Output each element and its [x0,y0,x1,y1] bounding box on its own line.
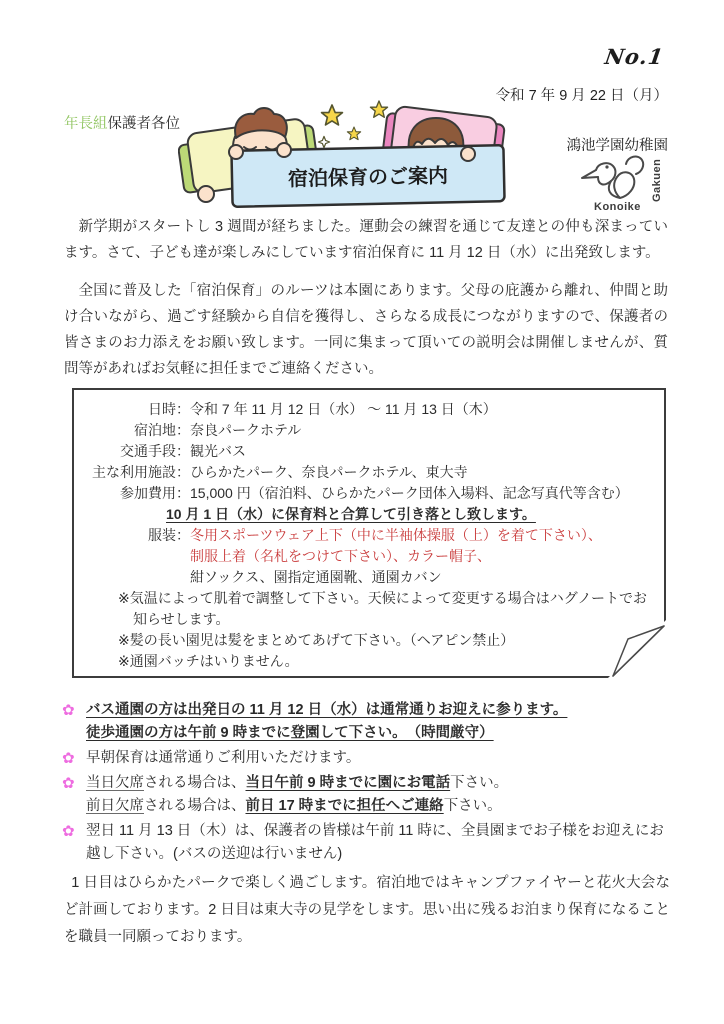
bullet-line: 前日欠席される場合は、前日 17 時までに担任へご連絡下さい。 [86,795,508,818]
bullet-text: 早朝保育は通常通りご利用いただけます。 [86,747,360,770]
clothing-red-line-2: 制服上着（名札をつけて下さい）、カラー帽子、 [190,546,650,567]
detail-row-clothing: 服装： 冬用スポーツウェア上下（中に半袖体操服（上）を着て下さい）、 [84,525,650,546]
page-number: No.1 [603,44,665,69]
bullet-line: 当日欠席される場合は、当日午前 9 時までに園にお電話下さい。 [86,772,508,795]
intro-paragraph-2: 全国に普及した「宿泊保育」のルーツは本園にあります。父母の庇護から離れ、仲間と助… [64,278,668,382]
detail-value: ひらかたパーク、奈良パークホテル、東大寺 [190,462,650,483]
detail-label: 服装： [84,525,190,546]
closing-section: 1 日目はひらかたパークで楽しく過ごします。宿泊地ではキャンプファイヤーと花火大… [64,870,670,951]
flower-bullet-icon: ✿ [62,772,86,818]
bullet-text: バス通園の方は出発日の 11 月 12 日（水）は通常通りお迎えに参ります。 徒… [86,699,567,745]
bullet-list: ✿ バス通園の方は出発日の 11 月 12 日（水）は通常通りお迎えに参ります。… [62,699,672,868]
absence-same-day-action: 当日午前 9 時までに園にお電話 [246,775,451,791]
detail-row-facilities: 主な利用施設： ひらかたパーク、奈良パークホテル、東大寺 [84,462,650,483]
school-logo: Konoike Gakuen [576,152,668,214]
flower-bullet-icon: ✿ [62,747,86,770]
bullet-segment: 下さい。 [450,775,508,791]
box-note: ※髪の長い園児は髪をまとめてあげて下さい。（ヘアピン禁止） [118,630,658,651]
bullet-text: 翌日 11 月 13 日（木）は、保護者の皆様は午前 11 時に、全員園までお子… [86,820,672,866]
box-note: ※通園バッチはいりません。 [118,651,658,672]
detail-label: 交通手段： [84,441,190,462]
detail-row-fee: 参加費用： 15,000 円（宿泊料、ひらかたパーク団体入場料、記念写真代等含む… [84,483,650,504]
bullet-segment: される場合は、 [144,798,246,814]
payment-note: 10 月 1 日（水）に保育料と合算して引き落とし致します。 [166,504,650,525]
bullet-line: 徒歩通園の方は午前 9 時までに登園して下さい。 （時間厳守） [86,722,567,745]
flower-bullet-icon: ✿ [62,699,86,745]
detail-row-transport: 交通手段： 観光バス [84,441,650,462]
detail-value: 令和 7 年 11 月 12 日（水） ～ 11 月 13 日（木） [190,399,650,420]
bullet-item-pickup: ✿ バス通園の方は出発日の 11 月 12 日（水）は通常通りお迎えに参ります。… [62,699,672,745]
detail-row-datetime: 日時： 令和 7 年 11 月 12 日（水） ～ 11 月 13 日（木） [84,399,650,420]
detail-label: 主な利用施設： [84,462,190,483]
clothing-red-line-1: 冬用スポーツウェア上下（中に半袖体操服（上）を着て下さい）、 [190,525,650,546]
intro-paragraph-1: 新学期がスタートし 3 週間が経ちました。運動会の練習を通じて友達との仲も深まっ… [64,214,668,266]
sleeping-children-illustration: 宿泊保育のご案内 [178,90,508,218]
issue-date: 令和 7 年 9 月 22 日（月） [496,84,668,105]
details-box: 日時： 令和 7 年 11 月 12 日（水） ～ 11 月 13 日（木） 宿… [72,388,666,678]
banner-title: 宿泊保育のご案内 [288,163,448,190]
bullet-line: バス通園の方は出発日の 11 月 12 日（水）は通常通りお迎えに参ります。 [86,699,567,722]
clothing-plain-line: 紺ソックス、園指定通園靴、通園カバン [190,567,650,588]
detail-label: 日時： [84,399,190,420]
bullet-item-absence: ✿ 当日欠席される場合は、当日午前 9 時までに園にお電話下さい。 前日欠席され… [62,772,672,818]
addressee-title: 保護者各位 [108,116,181,132]
closing-paragraph: 1 日目はひらかたパークで楽しく過ごします。宿泊地ではキャンプファイヤーと花火大… [64,870,670,951]
detail-label: 参加費用： [84,483,190,504]
absence-same-day: 当日欠席 [86,775,144,791]
logo-text-vertical: Gakuen [651,159,663,202]
sleeping-children-svg: 宿泊保育のご案内 [178,90,508,218]
flower-bullet-icon: ✿ [62,820,86,866]
addressee-class-name: 年長組 [64,116,108,132]
bullet-segment: される場合は、 [144,775,246,791]
addressee-line: 年長組保護者各位 [64,112,180,133]
swan-eye [605,165,608,168]
swan-logo-icon: Konoike Gakuen [576,152,668,214]
absence-prev-day-action: 前日 17 時までに担任へご連絡 [246,798,444,814]
document-page: No.1 令和 7 年 9 月 22 日（月） 年長組保護者各位 鴻池学園幼稚園… [0,0,724,1024]
detail-label: 宿泊地： [84,420,190,441]
stars [318,101,387,148]
detail-value: 観光バス [190,441,650,462]
logo-text-horizontal: Konoike [594,201,641,213]
box-note: ※気温によって肌着で調整して下さい。天候によって変更する場合はハグノートでお知ら… [118,588,658,630]
bullet-item-return: ✿ 翌日 11 月 13 日（木）は、保護者の皆様は午前 11 時に、全員園まで… [62,820,672,866]
intro-section: 新学期がスタートし 3 週間が経ちました。運動会の練習を通じて友達との仲も深まっ… [64,214,668,382]
absence-prev-day: 前日欠席 [86,798,144,814]
detail-value: 奈良パークホテル [190,420,650,441]
bullet-segment: 下さい。 [444,798,502,814]
detail-row-lodging: 宿泊地： 奈良パークホテル [84,420,650,441]
page-curl-icon [590,616,666,678]
bullet-item-morning-care: ✿ 早朝保育は通常通りご利用いただけます。 [62,747,672,770]
detail-value: 15,000 円（宿泊料、ひらかたパーク団体入場料、記念写真代等含む） [190,483,650,504]
bullet-text: 当日欠席される場合は、当日午前 9 時までに園にお電話下さい。 前日欠席される場… [86,772,508,818]
